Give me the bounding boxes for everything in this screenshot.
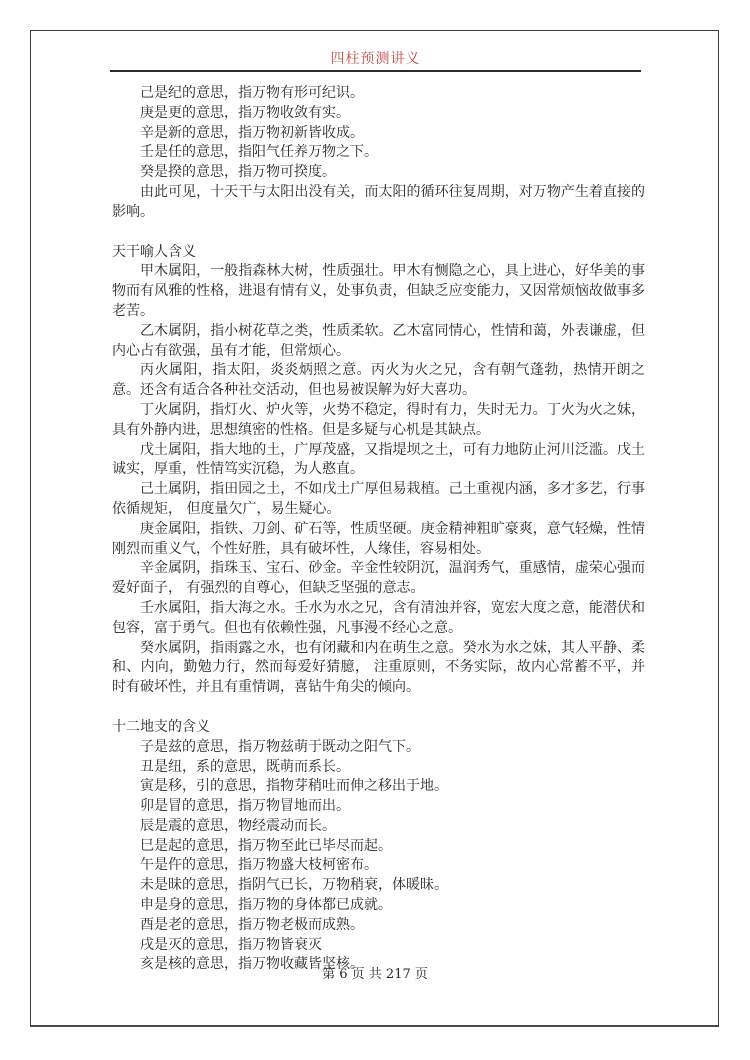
page-body-text: 己是纪的意思，指万物有形可纪识。庚是更的意思，指万物收敛有实。辛是新的意思，指万… [112,84,645,975]
dizhi-line: 卯是冒的意思，指万物冒地而出。 [112,797,645,817]
page-footer: 第 6 页 共 217 页 [0,963,750,982]
tiangan-paragraph: 庚金属阳，指铁、刀剑、矿石等，性质坚硬。庚金精神粗旷豪爽，意气轻燥，性情刚烈而重… [112,520,645,560]
dizhi-line: 午是仵的意思，指万物盛大枝柯密布。 [112,856,645,876]
dizhi-lines-block: 子是兹的意思，指万物兹萌于既动之阳气下。丑是纽，系的意思，既萌而系长。寅是移，引… [112,738,645,976]
tiangan-paragraph: 丙火属阳，指太阳，炎炎炳照之意。丙火为火之兄，含有朝气蓬勃，热情开朗之意。还含有… [112,361,645,401]
tiangan-paragraph: 己土属阴，指田园之土，不如戊土广厚但易栽植。己土重视内涵，多才多艺，行事依循规矩… [112,480,645,520]
tiangan-paragraph: 甲木属阳，一般指森林大树，性质强壮。甲木有恻隐之心，具上进心，好华美的事物而有风… [112,262,645,321]
tiangan-paragraphs-block: 甲木属阳，一般指森林大树，性质强壮。甲木有恻隐之心，具上进心，好华美的事物而有风… [112,262,645,698]
tiangan-paragraph: 戊土属阳，指大地的土，广厚茂盛，又指堤坝之土，可有力地防止河川泛滥。戊土诚实，厚… [112,441,645,481]
tiangan-paragraph: 壬水属阳，指大海之水。壬水为水之兄，含有清浊并容，宽宏大度之意，能潜伏和包容，富… [112,599,645,639]
page-header-title: 四柱预测讲义 [110,48,641,68]
section-heading-tiangan: 天干喻人含义 [112,243,645,263]
dizhi-line: 未是昧的意思，指阴气已长，万物稍衰，体暖昧。 [112,876,645,896]
tiangan-paragraph: 丁火属阴，指灯火、炉火等，火势不稳定，得时有力，失时无力。丁火为火之妹，具有外静… [112,401,645,441]
intro-line: 癸是揆的意思，指万物可揆度。 [112,163,645,183]
intro-line: 辛是新的意思，指万物初新皆收成。 [112,124,645,144]
dizhi-line: 巳是起的意思，指万物至此已毕尽而起。 [112,837,645,857]
dizhi-line: 酉是老的意思，指万物老极而成熟。 [112,916,645,936]
dizhi-line: 丑是纽，系的意思，既萌而系长。 [112,758,645,778]
intro-line: 庚是更的意思，指万物收敛有实。 [112,104,645,124]
dizhi-line: 申是身的意思，指万物的身体都已成就。 [112,896,645,916]
dizhi-line: 寅是移，引的意思，指物芽稍吐而伸之移出于地。 [112,777,645,797]
intro-line: 壬是任的意思，指阳气任养万物之下。 [112,143,645,163]
header-rule [110,70,641,72]
tiangan-paragraph: 乙木属阴，指小树花草之类，性质柔软。乙木富同情心，性情和蔼，外表谦虚，但内心占有… [112,322,645,362]
intro-lines-block: 己是纪的意思，指万物有形可纪识。庚是更的意思，指万物收敛有实。辛是新的意思，指万… [112,84,645,223]
intro-line: 由此可见，十天干与太阳出没有关，而太阳的循环往复周期，对万物产生着直接的影响。 [112,183,645,223]
section-heading-dizhi: 十二地支的含义 [112,718,645,738]
document-page: 四柱预测讲义 己是纪的意思，指万物有形可纪识。庚是更的意思，指万物收敛有实。辛是… [0,0,750,1060]
dizhi-line: 子是兹的意思，指万物兹萌于既动之阳气下。 [112,738,645,758]
dizhi-line: 辰是震的意思，物经震动而长。 [112,817,645,837]
tiangan-paragraph: 癸水属阴，指雨露之水，也有闭藏和内在萌生之意。癸水为水之妹，其人平静、柔和、内向… [112,639,645,698]
intro-line: 己是纪的意思，指万物有形可纪识。 [112,84,645,104]
dizhi-line: 戌是灭的意思，指万物皆衰灭 [112,936,645,956]
tiangan-paragraph: 辛金属阴，指珠玉、宝石、砂金。辛金性较阴沉，温润秀气，重感情，虚荣心强而爱好面子… [112,559,645,599]
